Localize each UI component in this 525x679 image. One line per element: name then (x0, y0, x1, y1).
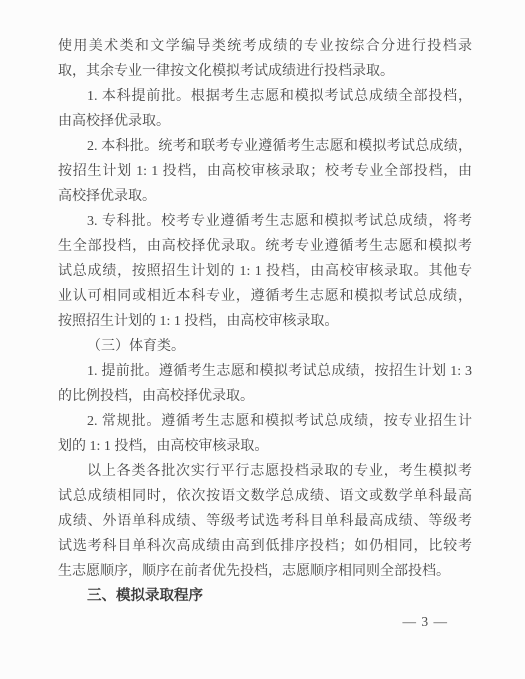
document-line: 以上各类各批次实行平行志愿投档录取的专业，考生模拟考 (58, 459, 472, 484)
section-heading: 三、模拟录取程序 (58, 584, 472, 609)
document-line: 成绩、外语单科成绩、等级考试选考科目单科最高成绩、等级考 (58, 509, 472, 534)
document-line: 生全部投档，由高校择优录取。统考专业遵循考生志愿和模拟考 (58, 234, 472, 259)
document-line: 划的 1: 1 投档，由高校审核录取。 (58, 434, 472, 459)
document-line: 使用美术类和文学编导类统考成绩的专业按综合分进行投档录 (58, 34, 472, 59)
document-line: 由高校择优录取。 (58, 109, 472, 134)
document-line: 2. 常规批。遵循考生志愿和模拟考试总成绩，按专业招生计 (58, 409, 472, 434)
document-line: （三）体育类。 (58, 334, 472, 359)
document-line: 业认可相同或相近本科专业，遵循考生志愿和模拟考试总成绩， (58, 284, 472, 309)
document-line: 试总成绩，按照招生计划的 1: 1 投档，由高校审核录取。其他专 (58, 259, 472, 284)
document-line: 按照招生计划的 1: 1 投档，由高校审核录取。 (58, 309, 472, 334)
document-line: 按招生计划 1: 1 投档，由高校审核录取；校考专业全部投档，由 (58, 159, 472, 184)
document-line: 的比例投档，由高校择优录取。 (58, 384, 472, 409)
document-line: 高校择优录取。 (58, 184, 472, 209)
document-page: 使用美术类和文学编导类统考成绩的专业按综合分进行投档录取，其余专业一律按文化模拟… (0, 0, 525, 679)
page-number: — 3 — (403, 612, 449, 632)
document-line: 1. 本科提前批。根据考生志愿和模拟考试总成绩全部投档， (58, 84, 472, 109)
document-body: 使用美术类和文学编导类统考成绩的专业按综合分进行投档录取，其余专业一律按文化模拟… (58, 34, 472, 609)
document-line: 试选考科目单科次高成绩由高到低排序投档；如仍相同，比较考 (58, 534, 472, 559)
document-line: 3. 专科批。校考专业遵循考生志愿和模拟考试总成绩，将考 (58, 209, 472, 234)
document-line: 取，其余专业一律按文化模拟考试成绩进行投档录取。 (58, 59, 472, 84)
document-line: 生志愿顺序，顺序在前者优先投档，志愿顺序相同则全部投档。 (58, 559, 472, 584)
document-line: 试总成绩相同时，依次按语文数学总成绩、语文或数学单科最高 (58, 484, 472, 509)
document-line: 1. 提前批。遵循考生志愿和模拟考试总成绩，按招生计划 1: 3 (58, 359, 472, 384)
document-line: 2. 本科批。统考和联考专业遵循考生志愿和模拟考试总成绩， (58, 134, 472, 159)
